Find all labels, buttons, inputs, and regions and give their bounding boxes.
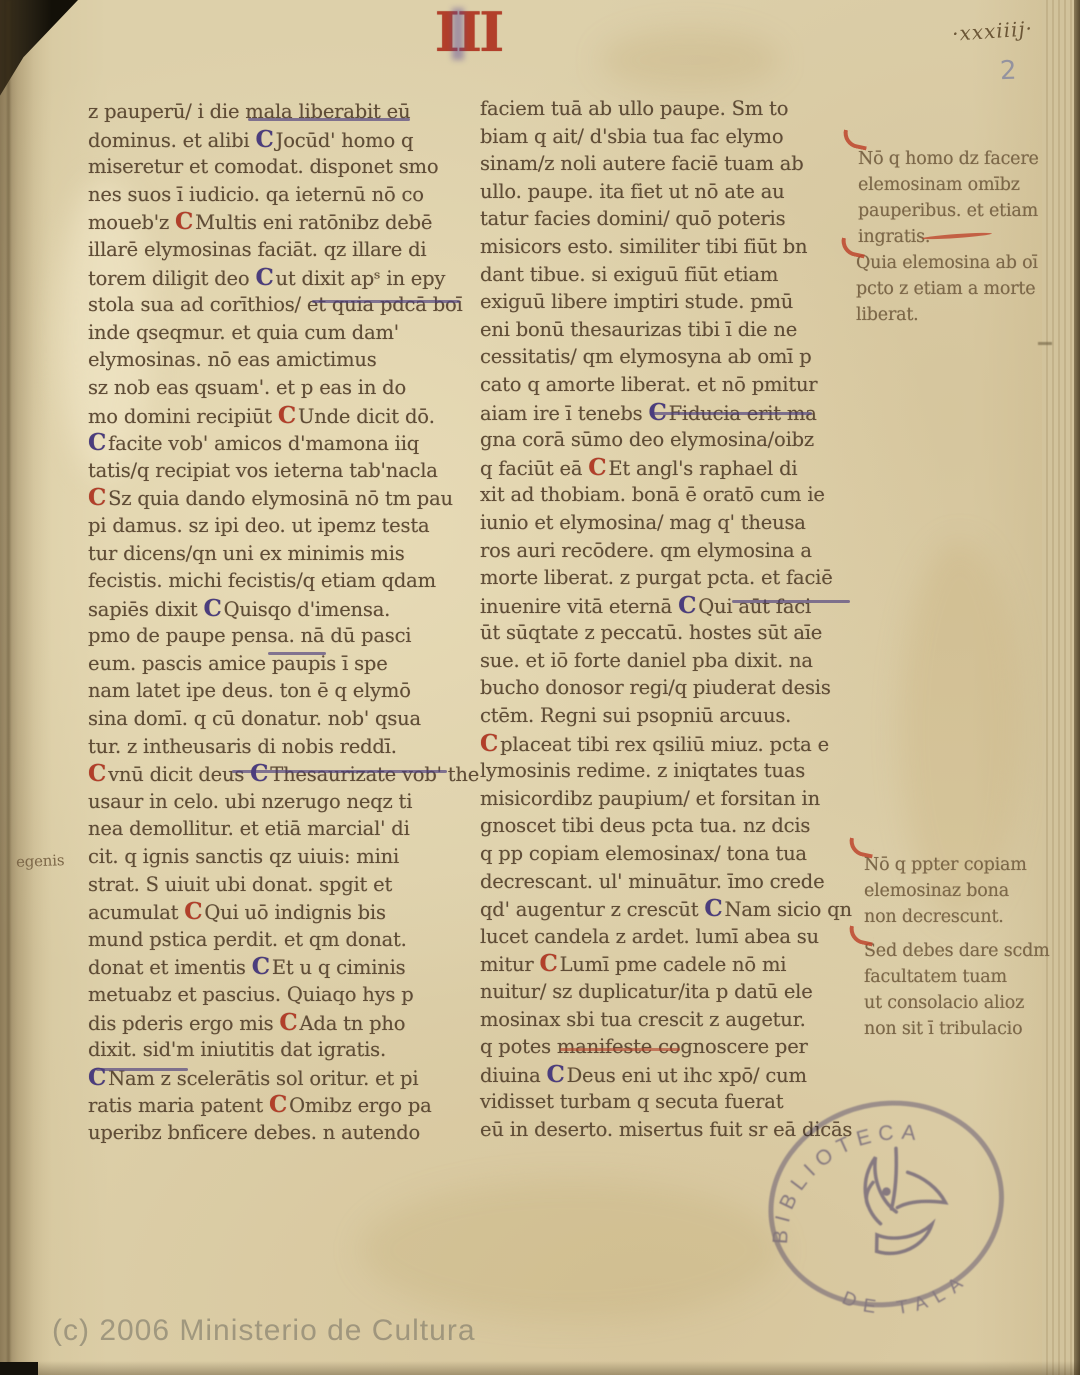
paraph-mark: C: [88, 429, 108, 456]
manuscript-text-line: Cvnū dicit deus CThesaurizate vob' the: [88, 760, 463, 788]
manuscript-text-line: inde qseqmur. et quia cum dam': [88, 319, 463, 347]
manuscript-text-line: Cfacite vob' amicos d'mamona iiq: [88, 429, 463, 457]
rubric-underline: [560, 1048, 680, 1051]
pencil-foliation: 2: [999, 56, 1017, 87]
manuscript-text-line: liberat.: [856, 302, 1070, 328]
rubric-overline: [268, 652, 326, 655]
bottom-edge-shadow: [0, 1361, 1080, 1375]
manuscript-text-line: donat et imentis CEt u q ciminis: [88, 953, 463, 981]
manuscript-text-line: Nō q homo dz facere: [858, 146, 1068, 172]
rubric-underline: [96, 1068, 188, 1071]
manuscript-text-line: iunio et elymosina/ mag q' theusa: [480, 509, 858, 537]
manuscript-text-line: illarē elymosinas faciāt. qz illare di: [88, 236, 463, 264]
manuscript-text-line: sinam/z noli autere faciē tuam ab: [480, 150, 858, 178]
manuscript-text-line: sz nob eas qsuam'. et p eas in do: [88, 374, 463, 402]
manuscript-text-line: tur dicens/qn uni ex minimis mis: [88, 540, 463, 568]
rubric-underline: [732, 600, 850, 603]
margin-note-left: egenis: [16, 851, 65, 871]
manuscript-text-line: sue. et iō forte daniel pba dixit. na: [480, 647, 858, 675]
manuscript-text-line: nea demollitur. et etiā marcial' di: [88, 815, 463, 843]
manuscript-text-line: q pp copiam elemosinax/ tona tua: [480, 840, 858, 868]
manuscript-text-line: metuabz et pascius. Quiaqo hys p: [88, 981, 463, 1009]
manuscript-text-line: exiguū libere imptiri stude. pmū: [480, 288, 858, 316]
paraph-mark: C: [255, 264, 275, 291]
manuscript-text-line: q potes manifeste cognoscere per: [480, 1033, 858, 1061]
manuscript-text-line: strat. S uiuit ubi donat. spgit et: [88, 871, 463, 899]
manuscript-text-line: uperibz bnficere debes. n autendo: [88, 1119, 463, 1147]
manuscript-text-line: bucho donosor regi/q piuderat desis: [480, 674, 858, 702]
manuscript-text-line: ctēm. Regni sui psopniū arcuus.: [480, 702, 858, 730]
rubric-underline: [652, 412, 812, 415]
manuscript-text-line: eni bonū thesaurizas tibi ī die ne: [480, 316, 858, 344]
manuscript-text-line: misicordibz paupium/ et forsitan in: [480, 785, 858, 813]
manuscript-text-line: elymosinas. nō eas amictimus: [88, 346, 463, 374]
manuscript-text-line: nes suos ī iudicio. qa ieternū nō co: [88, 181, 463, 209]
text-column-right: faciem tuā ab ullo paupe. Sm tobiam q ai…: [480, 95, 858, 1144]
ink-smudge: [452, 8, 464, 60]
manuscript-text-line: CSz quia dando elymosinā nō tm pau: [88, 484, 463, 512]
paraph-mark: C: [88, 760, 108, 787]
manuscript-text-line: elemosinaz bona: [864, 878, 1070, 904]
manuscript-text-line: dominus. et alibi CJocūd' homo q: [88, 126, 463, 154]
manuscript-text-line: lucet candela z ardet. lumī abea su: [480, 923, 858, 951]
manuscript-page-scan: III ·xxxiiij· 2 z pauperū/ i die mala li…: [0, 0, 1080, 1375]
manuscript-text-line: nam latet ipe deus. ton ē q elymō: [88, 677, 463, 705]
manuscript-text-line: non decrescunt.: [864, 904, 1070, 930]
paraph-mark: C: [480, 730, 500, 757]
paraph-mark: C: [175, 208, 195, 235]
manuscript-text-line: tatur facies domini/ quō poteris: [480, 205, 858, 233]
manuscript-text-line: acumulat CQui uō indignis bis: [88, 898, 463, 926]
manuscript-text-line: gnoscet tibi deus pcta tua. nz dcis: [480, 812, 858, 840]
paraph-mark: C: [252, 953, 272, 980]
manuscript-text-line: Quia elemosina ab oī: [856, 250, 1070, 276]
manuscript-text-line: dixit. sid'm iniutitis dat igratis.: [88, 1036, 463, 1064]
manuscript-text-line: miseretur et comodat. disponet smo: [88, 153, 463, 181]
paraph-mark: C: [204, 595, 224, 622]
manuscript-text-line: cato q amorte liberat. et nō pmitur: [480, 371, 858, 399]
page-edge-step: [1038, 342, 1052, 345]
text-column-left: z pauperū/ i die mala liberabit eūdominu…: [88, 98, 463, 1147]
manuscript-text-line: ratis maria patent COmibz ergo pa: [88, 1091, 463, 1119]
paraph-mark: C: [255, 126, 275, 153]
paraph-mark: C: [547, 1061, 567, 1088]
manuscript-text-line: xit ad thobiam. bonā ē oratō cum ie: [480, 481, 858, 509]
margin-note-right-top-2: Quia elemosina ab oīpcto z etiam a morte…: [856, 250, 1070, 328]
manuscript-text-line: tatis/q recipiat vos ieterna tab'nacla: [88, 457, 463, 485]
manuscript-text-line: pcto z etiam a morte: [856, 276, 1070, 302]
rubric-underline: [232, 770, 447, 773]
manuscript-text-line: Cplaceat tibi rex qsiliū miuz. pcta e: [480, 730, 858, 758]
manuscript-text-line: non sit ī tribulacio: [864, 1016, 1074, 1042]
paraph-mark: C: [279, 1009, 299, 1036]
manuscript-text-line: nuitur/ sz duplicatur/ita p datū ele: [480, 978, 858, 1006]
manuscript-text-line: moueb'z CMultis eni ratōnibz debē: [88, 208, 463, 236]
manuscript-text-line: z pauperū/ i die mala liberabit eū: [88, 98, 463, 126]
manuscript-text-line: morte liberat. z purgat pcta. et faciē: [480, 564, 858, 592]
manuscript-text-line: Nō q ppter copiam: [864, 852, 1070, 878]
manuscript-text-line: usaur in celo. ubi nzerugo neqz ti: [88, 788, 463, 816]
paraph-mark: C: [588, 454, 608, 481]
manuscript-text-line: fecistis. michi fecistis/q etiam qdam: [88, 567, 463, 595]
manuscript-text-line: gna corā sūmo deo elymosina/oibz: [480, 426, 858, 454]
svg-text:DE TALA: DE TALA: [835, 1260, 978, 1333]
manuscript-text-line: faciem tuā ab ullo paupe. Sm to: [480, 95, 858, 123]
manuscript-text-line: qd' augentur z crescūt CNam sicio qn: [480, 895, 858, 923]
manuscript-text-line: mitur CLumī pme cadele nō mi: [480, 950, 858, 978]
manuscript-text-line: ros auri recōdere. qm elymosina a: [480, 537, 858, 565]
manuscript-text-line: inuenire vitā eternā CQui aūt faci: [480, 592, 858, 620]
manuscript-text-line: ullo. paupe. ita fiet ut nō ate au: [480, 178, 858, 206]
manuscript-text-line: sapiēs dixit CQuisqo d'imensa.: [88, 595, 463, 623]
manuscript-text-line: elemosinam omībz: [858, 172, 1068, 198]
manuscript-text-line: diuina CDeus eni ut ihc xpō/ cum: [480, 1061, 858, 1089]
copyright-watermark: (c) 2006 Ministerio de Cultura: [52, 1314, 476, 1348]
paraph-mark: C: [278, 402, 298, 429]
manuscript-text-line: cit. q ignis sanctis qz uiuis: mini: [88, 843, 463, 871]
gutter-crease: [7, 0, 10, 1375]
stamp-bottom-text: DE TALA: [835, 1260, 978, 1333]
manuscript-text-line: mund pstica perdit. et qm donat.: [88, 926, 463, 954]
manuscript-text-line: torem diligit deo Cut dixit apˢ in epy: [88, 264, 463, 292]
parchment-stain: [600, 30, 780, 90]
margin-note-right-bottom-1: Nō q ppter copiamelemosinaz bonanon decr…: [864, 852, 1070, 930]
manuscript-text-line: cessitatis/ qm elymosyna ab omī p: [480, 343, 858, 371]
rubric-underline: [248, 118, 410, 121]
manuscript-text-line: lymosinis redime. z iniqtates tuas: [480, 757, 858, 785]
manuscript-text-line: biam q ait/ d'sbia tua fac elymo: [480, 123, 858, 151]
manuscript-text-line: sina domī. q cū donatur. nob' qsua: [88, 705, 463, 733]
manuscript-text-line: dant tibue. si exiguū fiūt etiam: [480, 261, 858, 289]
paraph-mark: C: [539, 950, 559, 977]
manuscript-text-line: tur. z intheusaris di nobis reddī.: [88, 733, 463, 761]
manuscript-text-line: stola sua ad corīthios/ et quia pdcā boī: [88, 291, 463, 319]
manuscript-text-line: decrescant. ul' minuātur. īmo crede: [480, 868, 858, 896]
manuscript-text-line: mosinax sbi tua crescit z augetur.: [480, 1006, 858, 1034]
stamp-emblem-bird: [855, 1140, 954, 1257]
rubric-underline: [312, 300, 460, 303]
margin-note-right-bottom-2: Sed debes dare scdmfacultatem tuamut con…: [864, 938, 1074, 1042]
manuscript-text-line: q faciūt eā CEt angl's raphael di: [480, 454, 858, 482]
parchment-stain: [360, 1180, 780, 1320]
bottom-left-binding-corner: [0, 1362, 38, 1375]
paraph-mark: C: [184, 898, 204, 925]
manuscript-text-line: Sed debes dare scdm: [864, 938, 1074, 964]
page-edge-dark-line: [1074, 0, 1080, 1375]
manuscript-text-line: pmo de paupe pensa. nā dū pasci: [88, 622, 463, 650]
paraph-mark: C: [88, 484, 108, 511]
paraph-mark: C: [704, 895, 724, 922]
paraph-mark: C: [250, 760, 270, 787]
manuscript-text-line: pi damus. sz ipi deo. ut ipemz testa: [88, 512, 463, 540]
manuscript-text-line: misicors esto. similiter tibi fiūt bn: [480, 233, 858, 261]
manuscript-text-line: pauperibus. et etiam: [858, 198, 1068, 224]
manuscript-text-line: ut consolacio alioz: [864, 990, 1074, 1016]
paraph-mark: C: [678, 592, 698, 619]
manuscript-text-line: dis pderis ergo mis CAda tn pho: [88, 1009, 463, 1037]
manuscript-text-line: mo domini recipiūt CUnde dicit dō.: [88, 402, 463, 430]
chapter-numeral-heading: III: [408, 4, 528, 60]
manuscript-text-line: ūt sūqtate z peccatū. hostes sūt aīe: [480, 619, 858, 647]
manuscript-text-line: facultatem tuam: [864, 964, 1074, 990]
paraph-mark: C: [269, 1091, 289, 1118]
